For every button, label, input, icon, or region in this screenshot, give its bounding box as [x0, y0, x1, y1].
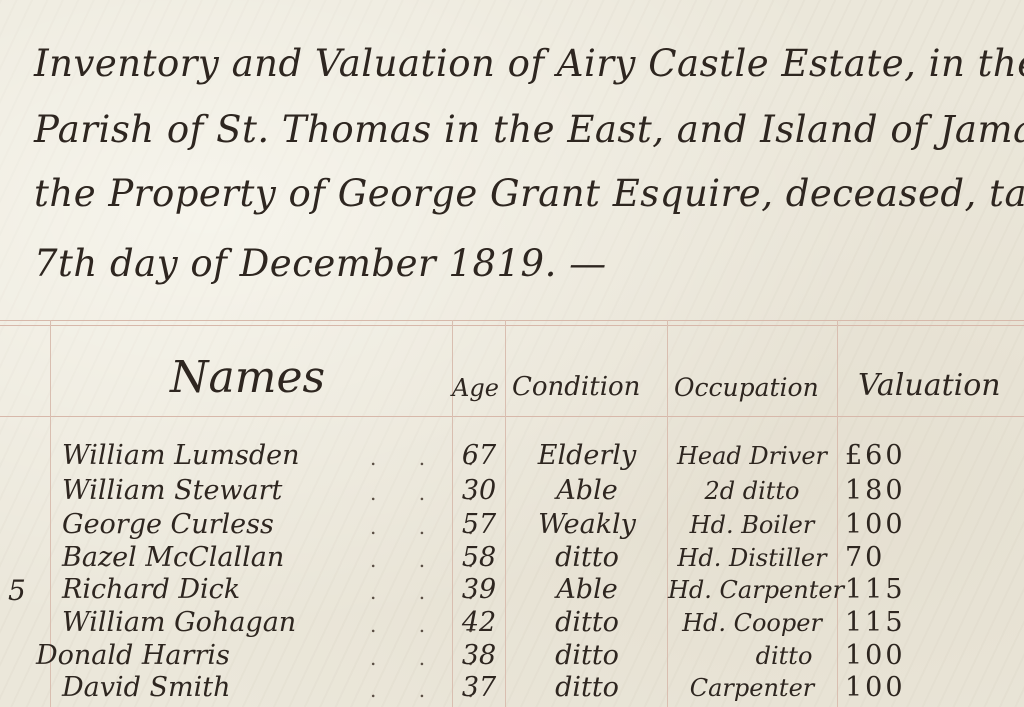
- cell-valuation: 115: [845, 574, 906, 605]
- table-row: Donald Harris . . . 38 ditto ditto 100: [0, 640, 1024, 673]
- table-row: William Stewart . . . 30 Able 2d ditto 1…: [0, 475, 1024, 508]
- cell-occupation: Hd. Boiler: [668, 511, 836, 539]
- cell-age: 39: [455, 574, 503, 605]
- cell-condition: Able: [508, 475, 666, 506]
- cell-valuation: 100: [845, 640, 906, 671]
- header-bottom-rule: [0, 416, 1024, 417]
- cell-name: Bazel McClallan: [62, 542, 284, 573]
- title-line-2: Parish of St. Thomas in the East, and Is…: [34, 108, 1024, 151]
- cell-condition: Weakly: [508, 509, 666, 540]
- title-line-4: 7th day of December 1819. —: [34, 242, 607, 285]
- header-age: Age: [452, 374, 499, 402]
- cell-occupation: ditto: [700, 642, 868, 670]
- margin-count: 5: [8, 574, 26, 607]
- cell-name: William Lumsden: [62, 440, 300, 471]
- cell-occupation: Head Driver: [668, 442, 836, 470]
- cell-occupation: 2d ditto: [668, 477, 836, 505]
- cell-condition: ditto: [508, 672, 666, 703]
- cell-name: William Stewart: [62, 475, 282, 506]
- cell-age: 37: [455, 672, 503, 703]
- table-row: David Smith . . . 37 ditto Carpenter 100: [0, 672, 1024, 705]
- cell-condition: ditto: [508, 607, 666, 638]
- table-row: George Curless . . . 57 Weakly Hd. Boile…: [0, 509, 1024, 542]
- cell-age: 57: [455, 509, 503, 540]
- header-occupation: Occupation: [674, 373, 819, 402]
- cell-valuation: 100: [845, 509, 906, 540]
- table-top-rule-double: [0, 325, 1024, 326]
- header-condition: Condition: [512, 372, 640, 402]
- cell-valuation: 115: [845, 607, 906, 638]
- cell-condition: Elderly: [508, 440, 666, 471]
- cell-valuation: 70: [845, 542, 885, 573]
- table-row: William Gohagan . . . 42 ditto Hd. Coope…: [0, 607, 1024, 640]
- cell-age: 38: [455, 640, 503, 671]
- cell-valuation: 180: [845, 475, 906, 506]
- cell-occupation: Hd. Carpenter: [668, 576, 836, 604]
- cell-condition: Able: [508, 574, 666, 605]
- cell-name: Donald Harris: [36, 640, 230, 671]
- header-valuation: Valuation: [858, 368, 1001, 403]
- cell-condition: ditto: [508, 542, 666, 573]
- cell-occupation: Hd. Distiller: [668, 544, 836, 572]
- cell-occupation: Carpenter: [668, 674, 836, 702]
- cell-valuation: £60: [845, 440, 906, 471]
- header-names: Names: [170, 352, 325, 403]
- cell-age: 30: [455, 475, 503, 506]
- table-row: 5 Richard Dick . . . 39 Able Hd. Carpent…: [0, 574, 1024, 607]
- cell-condition: ditto: [508, 640, 666, 671]
- table-row: Bazel McClallan . . . 58 ditto Hd. Disti…: [0, 542, 1024, 575]
- cell-age: 67: [455, 440, 503, 471]
- cell-valuation: 100: [845, 672, 906, 703]
- cell-age: 42: [455, 607, 503, 638]
- title-line-1: Inventory and Valuation of Airy Castle E…: [34, 42, 1024, 85]
- cell-name: Richard Dick: [62, 574, 240, 605]
- cell-name: David Smith: [62, 672, 230, 703]
- cell-occupation: Hd. Cooper: [668, 609, 836, 637]
- table-top-rule: [0, 320, 1024, 321]
- title-line-3: the Property of George Grant Esquire, de…: [34, 172, 1024, 215]
- table-row: William Lumsden . . . 67 Elderly Head Dr…: [0, 440, 1024, 473]
- cell-name: William Gohagan: [62, 607, 296, 638]
- cell-age: 58: [455, 542, 503, 573]
- cell-name: George Curless: [62, 509, 274, 540]
